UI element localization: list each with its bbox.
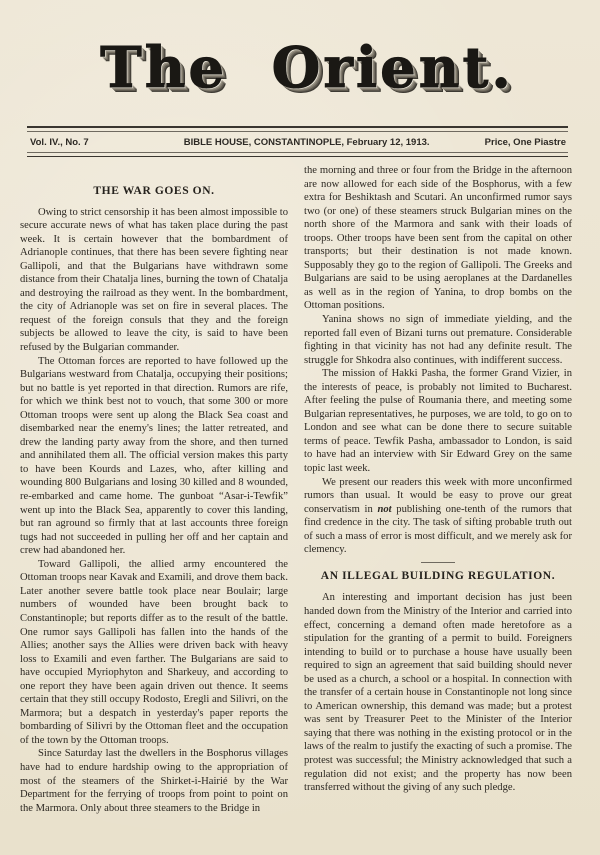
volume-number: Vol. IV., No. 7 [30, 137, 89, 148]
column-left: THE WAR GOES ON. Owing to strict censors… [20, 164, 288, 815]
article-headline-building: AN ILLEGAL BUILDING REGULATION. [304, 570, 572, 584]
newspaper-page: The Orient. Vol. IV., No. 7 BIBLE HOUSE,… [0, 0, 600, 855]
price: Price, One Piastre [485, 137, 566, 148]
masthead: The Orient. [0, 38, 600, 98]
article-paragraph: The mission of Hakki Pasha, the former G… [304, 367, 572, 475]
masthead-title: The Orient. [100, 38, 514, 98]
emphasis-not: not [377, 504, 391, 515]
article-closing-paragraph: We present our readers this week with mo… [304, 476, 572, 557]
dateline: Vol. IV., No. 7 BIBLE HOUSE, CONSTANTINO… [30, 134, 566, 150]
place-and-date: BIBLE HOUSE, CONSTANTINOPLE, February 12… [184, 137, 430, 148]
masthead-rule-top [27, 126, 568, 132]
article-paragraph-continued: the morning and three or four from the B… [304, 164, 572, 313]
article-paragraph: Owing to strict censorship it has been a… [20, 206, 288, 355]
masthead-rule-bottom [27, 152, 568, 157]
article-paragraph: An interesting and important decision ha… [304, 591, 572, 794]
article-paragraph: Since Saturday last the dwellers in the … [20, 747, 288, 815]
article-paragraph: Yanina shows no sign of immediate yieldi… [304, 313, 572, 367]
article-separator [421, 562, 455, 563]
article-headline-war: THE WAR GOES ON. [20, 185, 288, 199]
article-paragraph: The Ottoman forces are reported to have … [20, 355, 288, 558]
column-right: the morning and three or four from the B… [304, 164, 572, 795]
article-paragraph: Toward Gallipoli, the allied army encoun… [20, 558, 288, 748]
